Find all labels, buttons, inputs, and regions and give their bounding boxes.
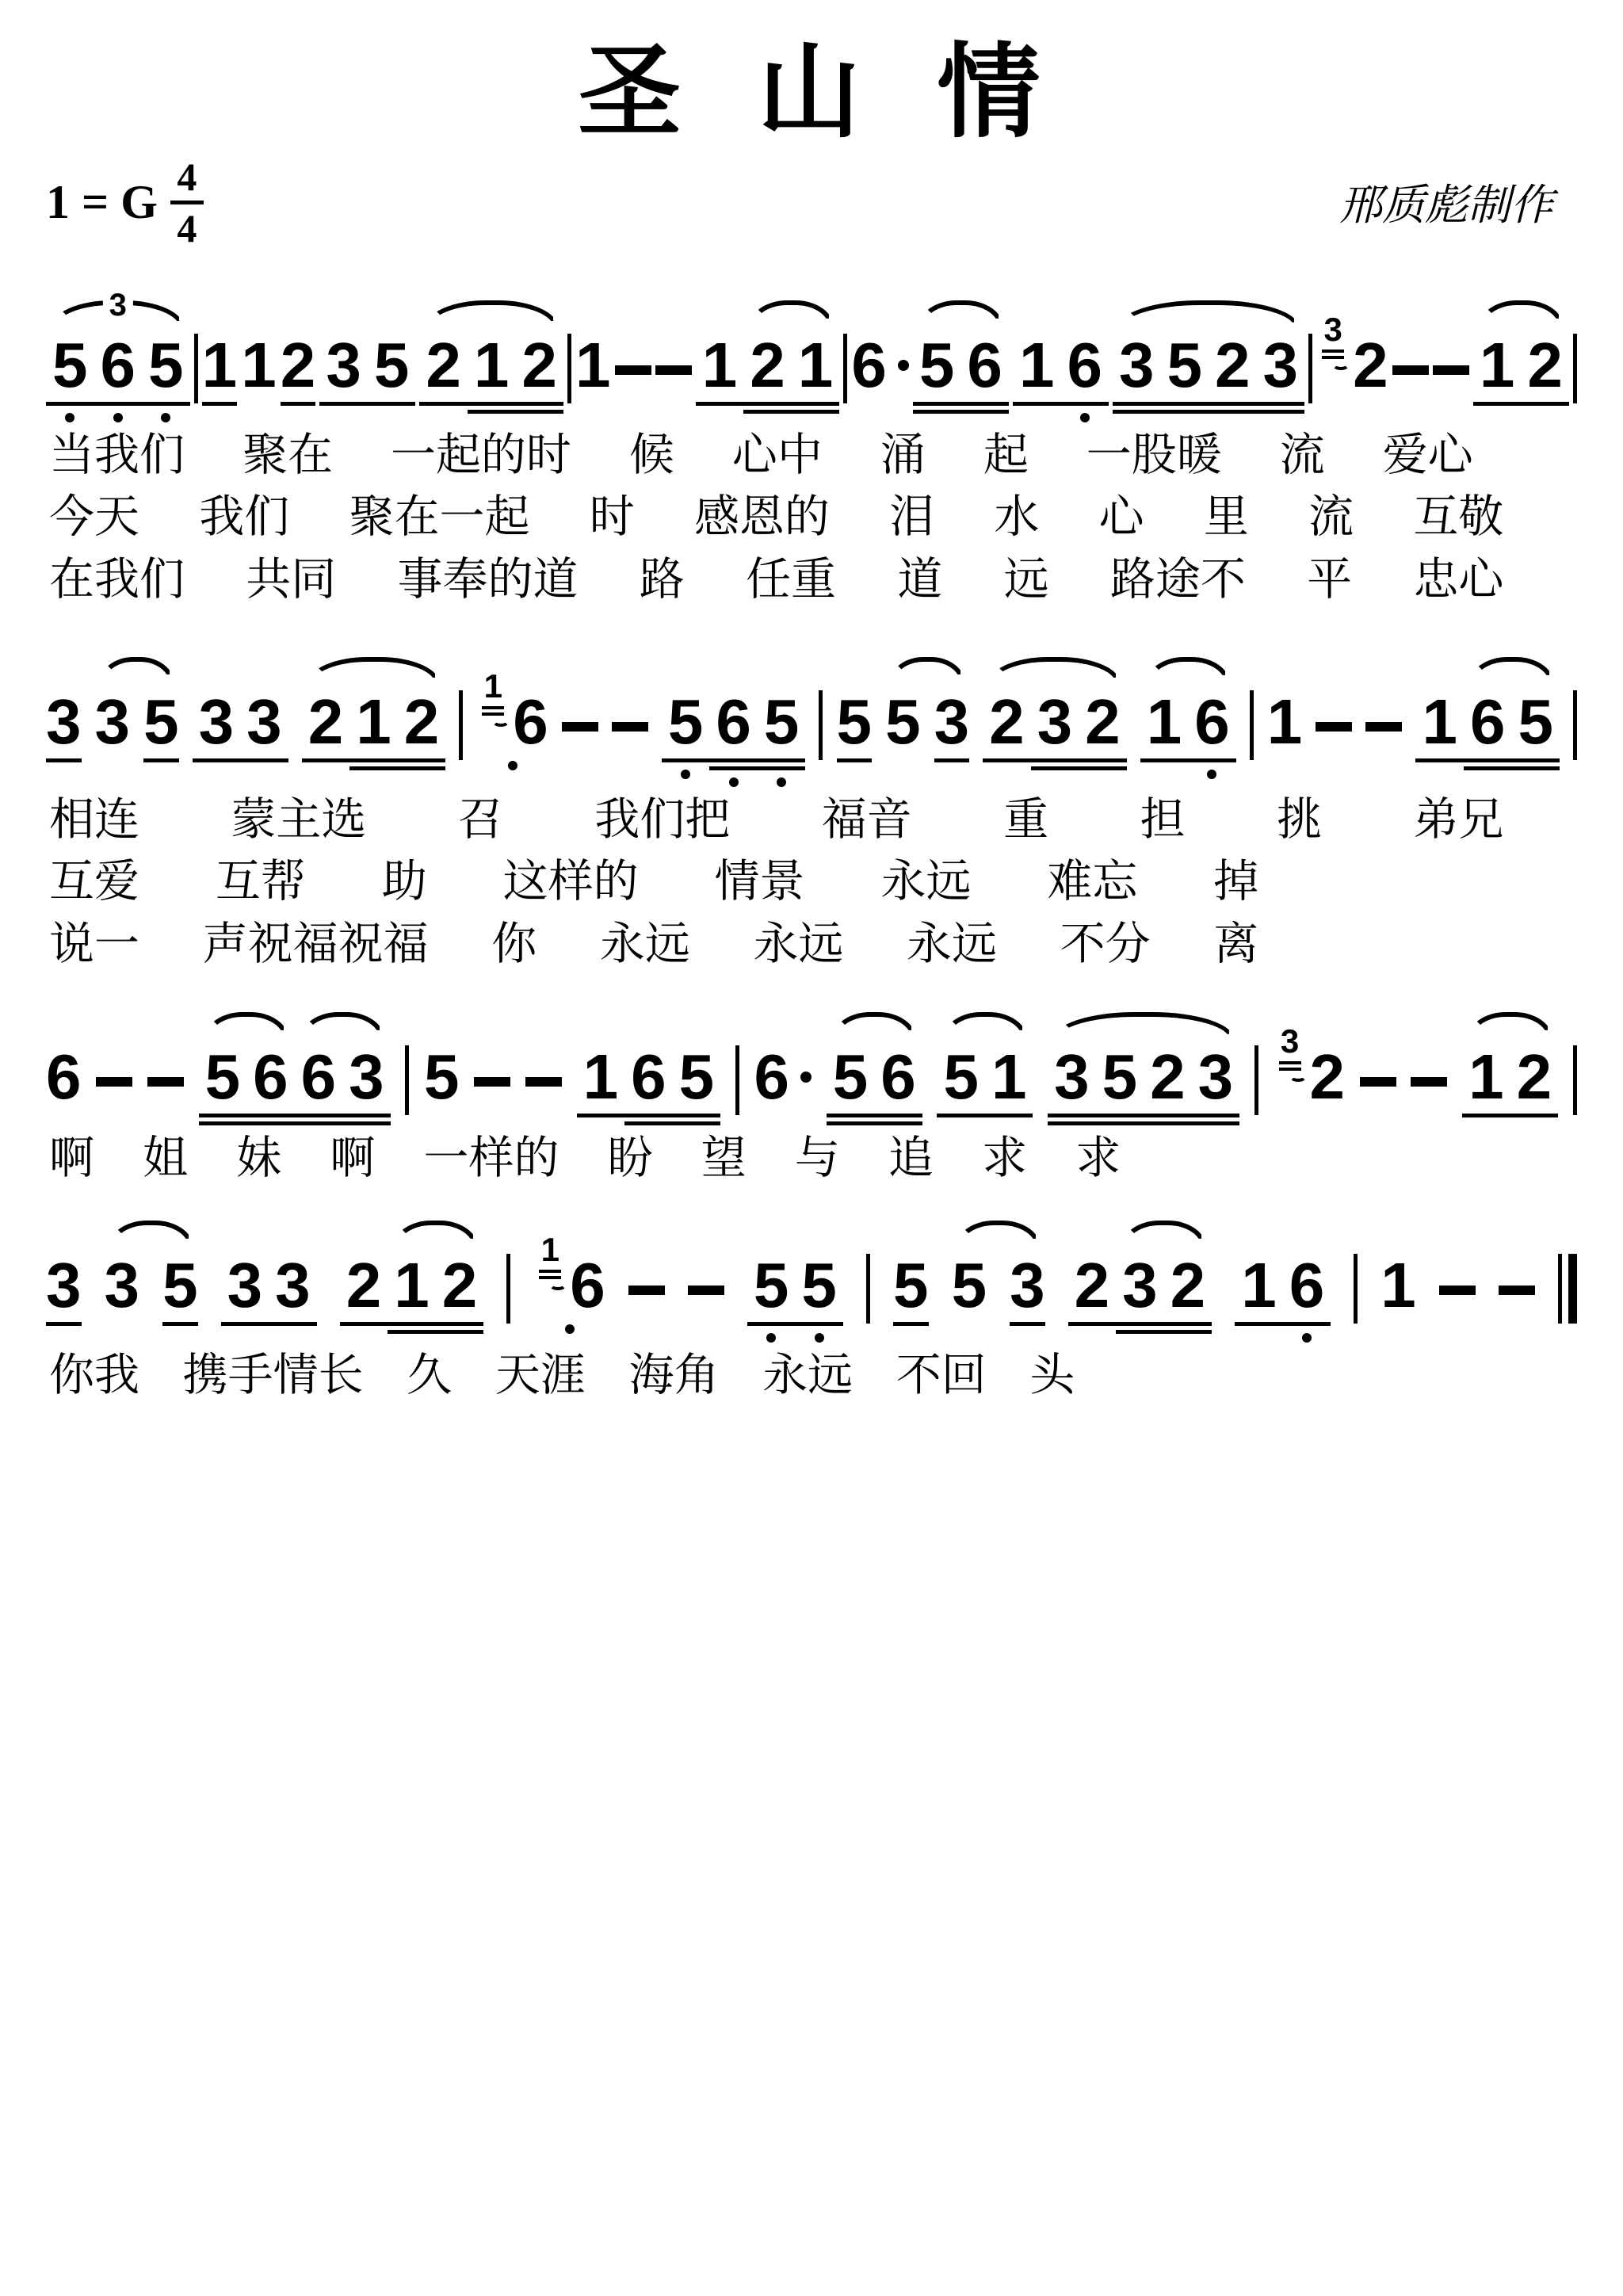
note: 3 <box>46 1254 82 1326</box>
slur-arc <box>1479 300 1563 327</box>
note: 2 <box>398 690 446 770</box>
underline-beam <box>1079 766 1127 770</box>
underline-beam <box>319 402 368 406</box>
note-digit: 5 <box>764 690 800 754</box>
barline <box>459 690 463 760</box>
lyric-word: 召 <box>458 795 503 845</box>
lyric-row: 说一声祝福祝福你永远永远永远不分离 <box>49 919 1258 969</box>
note-digit: 3 <box>46 690 82 754</box>
note: 5 <box>199 1045 247 1125</box>
lyric-word: 一股暖 <box>1086 430 1222 480</box>
note-digit: 1 <box>1381 1254 1416 1317</box>
note-digit: 6 <box>1194 690 1230 754</box>
sheet-music-page: 圣 山 情 1 = G 4 4 邢质彪制作 565112352121121656… <box>0 0 1623 2296</box>
note-digit: 2 <box>1085 690 1121 754</box>
note: 5 <box>1511 690 1560 770</box>
underline-beam <box>792 402 840 406</box>
underline-beam <box>281 402 316 406</box>
note: 1 <box>1013 334 1061 406</box>
note: 5 <box>913 334 961 414</box>
lyric-word: 永远 <box>880 857 971 907</box>
note-digit: 6 <box>880 1045 916 1109</box>
note: 5 <box>1096 1045 1144 1125</box>
underline-beam <box>758 758 806 762</box>
octave-dot <box>565 1324 575 1334</box>
lyrics-block: 你我携手情长久天涯海角永远不回头 <box>46 1350 1577 1400</box>
note-digit: 5 <box>374 334 410 397</box>
dash-note <box>1360 1077 1396 1087</box>
underline-beam <box>1209 410 1257 414</box>
lyric-word: 路途不 <box>1110 555 1246 605</box>
lyric-word: 流 <box>1308 492 1354 542</box>
lyric-word: 互帮 <box>216 857 306 907</box>
lyric-word: 你 <box>491 919 537 969</box>
note: 5 <box>46 334 94 422</box>
time-denominator: 4 <box>177 208 197 248</box>
note: 2 <box>419 334 468 406</box>
note-digit: 2 <box>750 334 785 397</box>
underline-beam <box>269 1322 317 1326</box>
lyric-word: 泪 <box>889 492 934 542</box>
underline-beam <box>515 410 563 414</box>
lyric-row: 在我们共同事奉的道路任重道远路途不平忠心 <box>49 555 1503 605</box>
note: 5 <box>893 1254 929 1326</box>
note: 5 <box>143 690 179 762</box>
lyric-word: 相连 <box>49 795 139 845</box>
underline-beam <box>1013 402 1061 406</box>
final-barline <box>1558 1254 1577 1324</box>
underline-beam <box>960 402 1009 406</box>
note-digit: 3 <box>46 1254 82 1317</box>
note: 1 <box>577 1045 625 1117</box>
dash-note <box>1316 722 1352 732</box>
lyric-word: 我们 <box>199 492 289 542</box>
underline-beam <box>1048 1114 1096 1117</box>
slur-arc <box>1469 657 1553 684</box>
lyric-word: 水 <box>994 492 1039 542</box>
note-digit: 6 <box>46 1045 82 1109</box>
note: 2 <box>1521 334 1569 406</box>
beam-group: 565 <box>46 334 190 422</box>
slur-arc <box>1468 1012 1552 1039</box>
underline-beam <box>1144 1121 1192 1125</box>
lyric-word: 妹 <box>236 1133 281 1183</box>
note: 6 <box>754 1045 812 1109</box>
note: 6 <box>1060 334 1109 422</box>
note: 3 <box>1116 1254 1164 1334</box>
note-digit: 6 <box>1470 690 1506 754</box>
lyric-word: 涌 <box>880 430 926 480</box>
lyric-word: 远 <box>1004 555 1049 605</box>
note-digit: 2 <box>1150 1045 1186 1109</box>
underline-beam <box>193 758 241 762</box>
lyrics-block: 啊姐妹啊一样的盼望与追求求 <box>46 1133 1577 1183</box>
note-digit: 1 <box>1147 690 1182 754</box>
note: 2 <box>340 1254 388 1326</box>
underline-beam <box>696 402 744 406</box>
note: 6 <box>246 1045 295 1125</box>
lyric-word: 事奉的道 <box>398 555 579 605</box>
underline-beam <box>419 402 468 406</box>
lyric-word: 福音 <box>822 795 912 845</box>
beam-group: 56 <box>827 1045 922 1125</box>
system-3: 6566351656565135233212啊姐妹啊一样的盼望与追求求 <box>46 1006 1577 1183</box>
system-1: 56511235212112165616352332123当我们聚在一起的时候心… <box>46 294 1577 605</box>
lyric-word: 姐 <box>143 1133 188 1183</box>
note-digit: 3 <box>227 1254 263 1317</box>
underline-beam <box>1096 1121 1144 1125</box>
note-digit: 5 <box>205 1045 241 1109</box>
note-digit: 6 <box>570 1254 605 1317</box>
note-digit: 2 <box>1075 1254 1110 1317</box>
note: 6 <box>709 690 758 787</box>
note-digit: 5 <box>679 1045 715 1109</box>
lyric-word: 盼 <box>608 1133 653 1183</box>
dash-note <box>525 1077 562 1087</box>
system-2: 3353321216565553232161165相连蒙主选召我们把福音重担挑弟… <box>46 651 1577 969</box>
note: 16 <box>476 690 548 770</box>
note-digit: 5 <box>668 690 704 754</box>
lyric-word: 今天 <box>49 492 139 542</box>
grace-note: 1 <box>476 670 510 727</box>
note: 3 <box>1113 334 1161 414</box>
note-digit: 5 <box>148 334 184 397</box>
underline-beam <box>1462 1114 1510 1117</box>
grace-tie <box>549 1279 567 1290</box>
dash-note <box>1365 722 1402 732</box>
underline-beam <box>436 1322 484 1326</box>
underline-beam <box>1010 1322 1045 1326</box>
note: 3 <box>95 690 131 754</box>
underline-beam <box>349 766 398 770</box>
note: 5 <box>424 1045 460 1109</box>
lyric-word: 望 <box>701 1133 747 1183</box>
note: 5 <box>827 1045 875 1125</box>
note-digit: 3 <box>934 690 970 754</box>
underline-beam <box>1164 1330 1212 1334</box>
lyric-word: 离 <box>1213 919 1258 969</box>
lyric-word: 挑 <box>1277 795 1322 845</box>
underline-beam <box>162 1322 198 1326</box>
barline <box>405 1045 409 1115</box>
note-digit: 2 <box>521 334 557 397</box>
lyric-word: 携手情长 <box>183 1350 364 1400</box>
note-digit: 2 <box>1170 1254 1206 1317</box>
underline-beam <box>795 1322 843 1326</box>
lyric-word: 不回 <box>896 1350 987 1400</box>
lyric-word: 求 <box>982 1133 1027 1183</box>
beam-group: 16 <box>1140 690 1236 779</box>
lyric-word: 你我 <box>49 1350 139 1400</box>
lyric-word: 这样的 <box>503 857 639 907</box>
notation-line: 335332121655553232161 <box>46 1214 1577 1343</box>
dash-note <box>688 1286 724 1295</box>
note: 1 <box>575 334 611 397</box>
slur-arc <box>300 1012 384 1039</box>
lyric-word: 不分 <box>1060 919 1151 969</box>
note-digit: 1 <box>241 334 277 397</box>
underline-beam <box>342 1114 391 1117</box>
lyric-word: 当我们 <box>49 430 185 480</box>
note: 3 <box>1010 1254 1045 1326</box>
note: 2 <box>1209 334 1257 414</box>
note-digit: 5 <box>1102 1045 1138 1109</box>
dash-note <box>474 1077 510 1087</box>
note-digit: 5 <box>952 1254 987 1317</box>
slur-arc <box>832 1012 916 1039</box>
lyric-word: 候 <box>629 430 674 480</box>
slur-arc <box>393 1221 477 1247</box>
dash-note <box>96 1077 132 1087</box>
note: 16 <box>533 1254 605 1334</box>
note-digit: 3 <box>1198 1045 1234 1109</box>
dash-note <box>1439 1286 1476 1295</box>
lyric-word: 一样的 <box>424 1133 559 1183</box>
underline-beam <box>758 766 806 770</box>
lyric-word: 起 <box>983 430 1029 480</box>
score: 56511235212112165616352332123当我们聚在一起的时候心… <box>46 294 1577 1401</box>
notation-line: 6566351656565135233212 <box>46 1006 1577 1125</box>
octave-dot <box>1080 413 1090 422</box>
time-signature: 4 4 <box>170 157 204 248</box>
lyric-word: 心中 <box>732 430 823 480</box>
lyric-word: 海角 <box>629 1350 720 1400</box>
note: 2 <box>1510 1045 1559 1117</box>
lyrics-block: 相连蒙主选召我们把福音重担挑弟兄互爱互帮助这样的情景永远难忘掉说一声祝福祝福你永… <box>46 795 1577 969</box>
octave-dot <box>161 413 170 422</box>
note: 5 <box>162 1254 198 1326</box>
underline-beam <box>1144 1114 1192 1117</box>
note: 1 <box>1381 1254 1416 1317</box>
lyric-word: 头 <box>1029 1350 1075 1400</box>
note-digit: 3 <box>105 1254 140 1317</box>
octave-dot <box>65 413 74 422</box>
lyric-word: 道 <box>897 555 942 605</box>
underline-beam <box>246 1114 295 1117</box>
note: 2 <box>1164 1254 1212 1334</box>
note: 6 <box>295 1045 343 1125</box>
beam-group: 5663 <box>199 1045 391 1125</box>
underline-beam <box>624 1121 673 1125</box>
slur-arc <box>988 657 1121 684</box>
note-digit: 6 <box>301 1045 337 1109</box>
underline-beam <box>1079 758 1127 762</box>
note: 5 <box>795 1254 843 1343</box>
note: 1 <box>388 1254 436 1334</box>
beam-group: 55 <box>747 1254 843 1343</box>
underline-beam <box>624 1114 673 1117</box>
note-digit: 1 <box>474 334 510 397</box>
note: 3 <box>1192 1045 1240 1125</box>
slur-arc <box>99 657 174 684</box>
beam-group: 56 <box>913 334 1009 414</box>
dash-note <box>612 722 648 732</box>
underline-beam <box>1164 1322 1212 1326</box>
note: 6 <box>851 334 909 397</box>
underline-beam <box>709 758 758 762</box>
note-digit: 6 <box>716 690 751 754</box>
note: 5 <box>662 690 710 779</box>
time-numerator: 4 <box>177 157 197 197</box>
slur-arc <box>889 657 964 684</box>
beam-group: 212 <box>340 1254 484 1334</box>
note-digit: 1 <box>1267 690 1303 754</box>
note: 2 <box>281 334 316 406</box>
underline-beam <box>937 1114 985 1117</box>
underline-beam <box>1415 758 1464 762</box>
note-digit: 5 <box>52 334 88 397</box>
note: 1 <box>1140 690 1189 762</box>
note-digit: 1 <box>991 1045 1027 1109</box>
underline-beam <box>1060 402 1109 406</box>
note-digit: 1 <box>1480 334 1515 397</box>
note: 3 <box>46 690 82 762</box>
underline-beam <box>1068 1322 1117 1326</box>
note-digit: 3 <box>349 1045 384 1109</box>
slur-arc <box>307 657 440 684</box>
note: 5 <box>368 334 416 406</box>
key-signature: 1 = G 4 4 <box>46 157 204 248</box>
note: 6 <box>1283 1254 1331 1343</box>
beam-group: 16 <box>1013 334 1109 422</box>
lyric-word: 我们把 <box>594 795 730 845</box>
note: 3 <box>1048 1045 1096 1125</box>
lyric-row: 啊姐妹啊一样的盼望与追求求 <box>49 1133 1121 1183</box>
beam-group: 35 <box>319 334 415 406</box>
underline-beam <box>913 402 961 406</box>
note-digit: 3 <box>1054 1045 1090 1109</box>
underline-beam <box>960 410 1009 414</box>
note-digit: 6 <box>513 690 548 754</box>
note: 5 <box>747 1254 796 1343</box>
note: 5 <box>1161 334 1209 414</box>
grace-tie <box>492 716 510 727</box>
underline-beam <box>827 1114 875 1117</box>
barline <box>1573 334 1577 403</box>
note-digit: 3 <box>1037 690 1073 754</box>
lyric-word: 追 <box>888 1133 934 1183</box>
dash-note <box>1433 365 1469 375</box>
note-digit: 3 <box>199 690 235 754</box>
credit: 邢质彪制作 <box>1339 171 1553 232</box>
note-digit: 3 <box>95 690 131 754</box>
lyric-word: 说一 <box>49 919 139 969</box>
lyric-word: 心 <box>1099 492 1144 542</box>
lyric-row: 互爱互帮助这样的情景永远难忘掉 <box>49 857 1258 907</box>
note-digit: 2 <box>281 334 316 397</box>
note-digit: 5 <box>1518 690 1553 754</box>
note: 2 <box>515 334 563 414</box>
barline <box>1250 690 1254 760</box>
underline-beam <box>743 402 792 406</box>
lyric-row: 今天我们聚在一起时感恩的泪水心里流互敬 <box>49 492 1503 542</box>
lyric-word: 啊 <box>330 1133 375 1183</box>
barline <box>567 334 571 403</box>
note: 5 <box>673 1045 721 1125</box>
underline-beam <box>221 1322 269 1326</box>
barline <box>735 1045 739 1115</box>
lyric-word: 共同 <box>246 555 336 605</box>
lyric-word: 永远 <box>762 1350 853 1400</box>
underline-beam <box>827 1121 875 1125</box>
lyric-word: 里 <box>1204 492 1249 542</box>
note-digit: 2 <box>989 690 1025 754</box>
beam-group: 165 <box>577 1045 721 1125</box>
note-digit: 1 <box>798 334 834 397</box>
underline-beam <box>46 758 82 762</box>
underline-beam <box>983 758 1031 762</box>
underline-beam <box>143 758 179 762</box>
note-digit: 2 <box>442 1254 478 1317</box>
barline <box>1573 1045 1577 1115</box>
octave-dot <box>508 761 517 770</box>
note: 5 <box>142 334 190 422</box>
note-digit: 2 <box>1310 1045 1346 1109</box>
note: 6 <box>960 334 1009 414</box>
underline-beam <box>1464 758 1512 762</box>
note: 3 <box>221 1254 269 1326</box>
underline-beam <box>468 402 516 406</box>
note-digit: 5 <box>801 1254 837 1317</box>
beam-group: 212 <box>302 690 446 770</box>
slur-arc <box>204 1012 288 1039</box>
note: 1 <box>1267 690 1303 754</box>
note: 1 <box>349 690 398 770</box>
underline-beam <box>709 766 758 770</box>
underline-beam <box>202 402 238 406</box>
note-digit: 3 <box>275 1254 311 1317</box>
barline <box>1254 1045 1258 1115</box>
note-digit: 3 <box>246 690 282 754</box>
note: 3 <box>342 1045 391 1125</box>
underline-beam <box>1188 758 1236 762</box>
lyric-row: 当我们聚在一起的时候心中涌起一股暖流爱心 <box>49 430 1473 480</box>
lyric-word: 蒙主选 <box>231 795 366 845</box>
underline-beam <box>199 1114 247 1117</box>
note-digit: 2 <box>1527 334 1563 397</box>
underline-beam <box>1161 402 1209 406</box>
underline-beam <box>1192 1121 1240 1125</box>
lyric-row: 相连蒙主选召我们把福音重担挑弟兄 <box>49 795 1503 845</box>
underline-beam <box>1140 758 1189 762</box>
underline-beam <box>662 758 710 762</box>
grace-tie <box>1332 359 1350 370</box>
grace-note: 3 <box>1316 313 1350 370</box>
note: 5 <box>885 690 921 754</box>
lyric-word: 久 <box>407 1350 452 1400</box>
notation-line: 56511235212112165616352332123 <box>46 294 1577 422</box>
underline-beam <box>1031 766 1079 770</box>
note: 5 <box>758 690 806 787</box>
note: 1 <box>1415 690 1464 762</box>
underline-beam <box>1283 1322 1331 1326</box>
dash-note <box>615 365 651 375</box>
note-digit: 1 <box>356 690 391 754</box>
page-title: 圣 山 情 <box>46 36 1577 152</box>
underline-beam <box>1161 410 1209 414</box>
note-digit: 5 <box>1167 334 1203 397</box>
note: 3 <box>240 690 288 762</box>
underline-beam <box>743 410 792 414</box>
note-digit: 2 <box>1353 334 1388 397</box>
note-digit: 6 <box>631 1045 666 1109</box>
lyric-row: 你我携手情长久天涯海角永远不回头 <box>49 1350 1075 1400</box>
note-digit: 5 <box>919 334 955 397</box>
note-digit: 6 <box>754 1045 790 1109</box>
note: 1 <box>696 334 744 406</box>
note: 1 <box>1473 334 1522 406</box>
note-digit: 1 <box>702 334 738 397</box>
